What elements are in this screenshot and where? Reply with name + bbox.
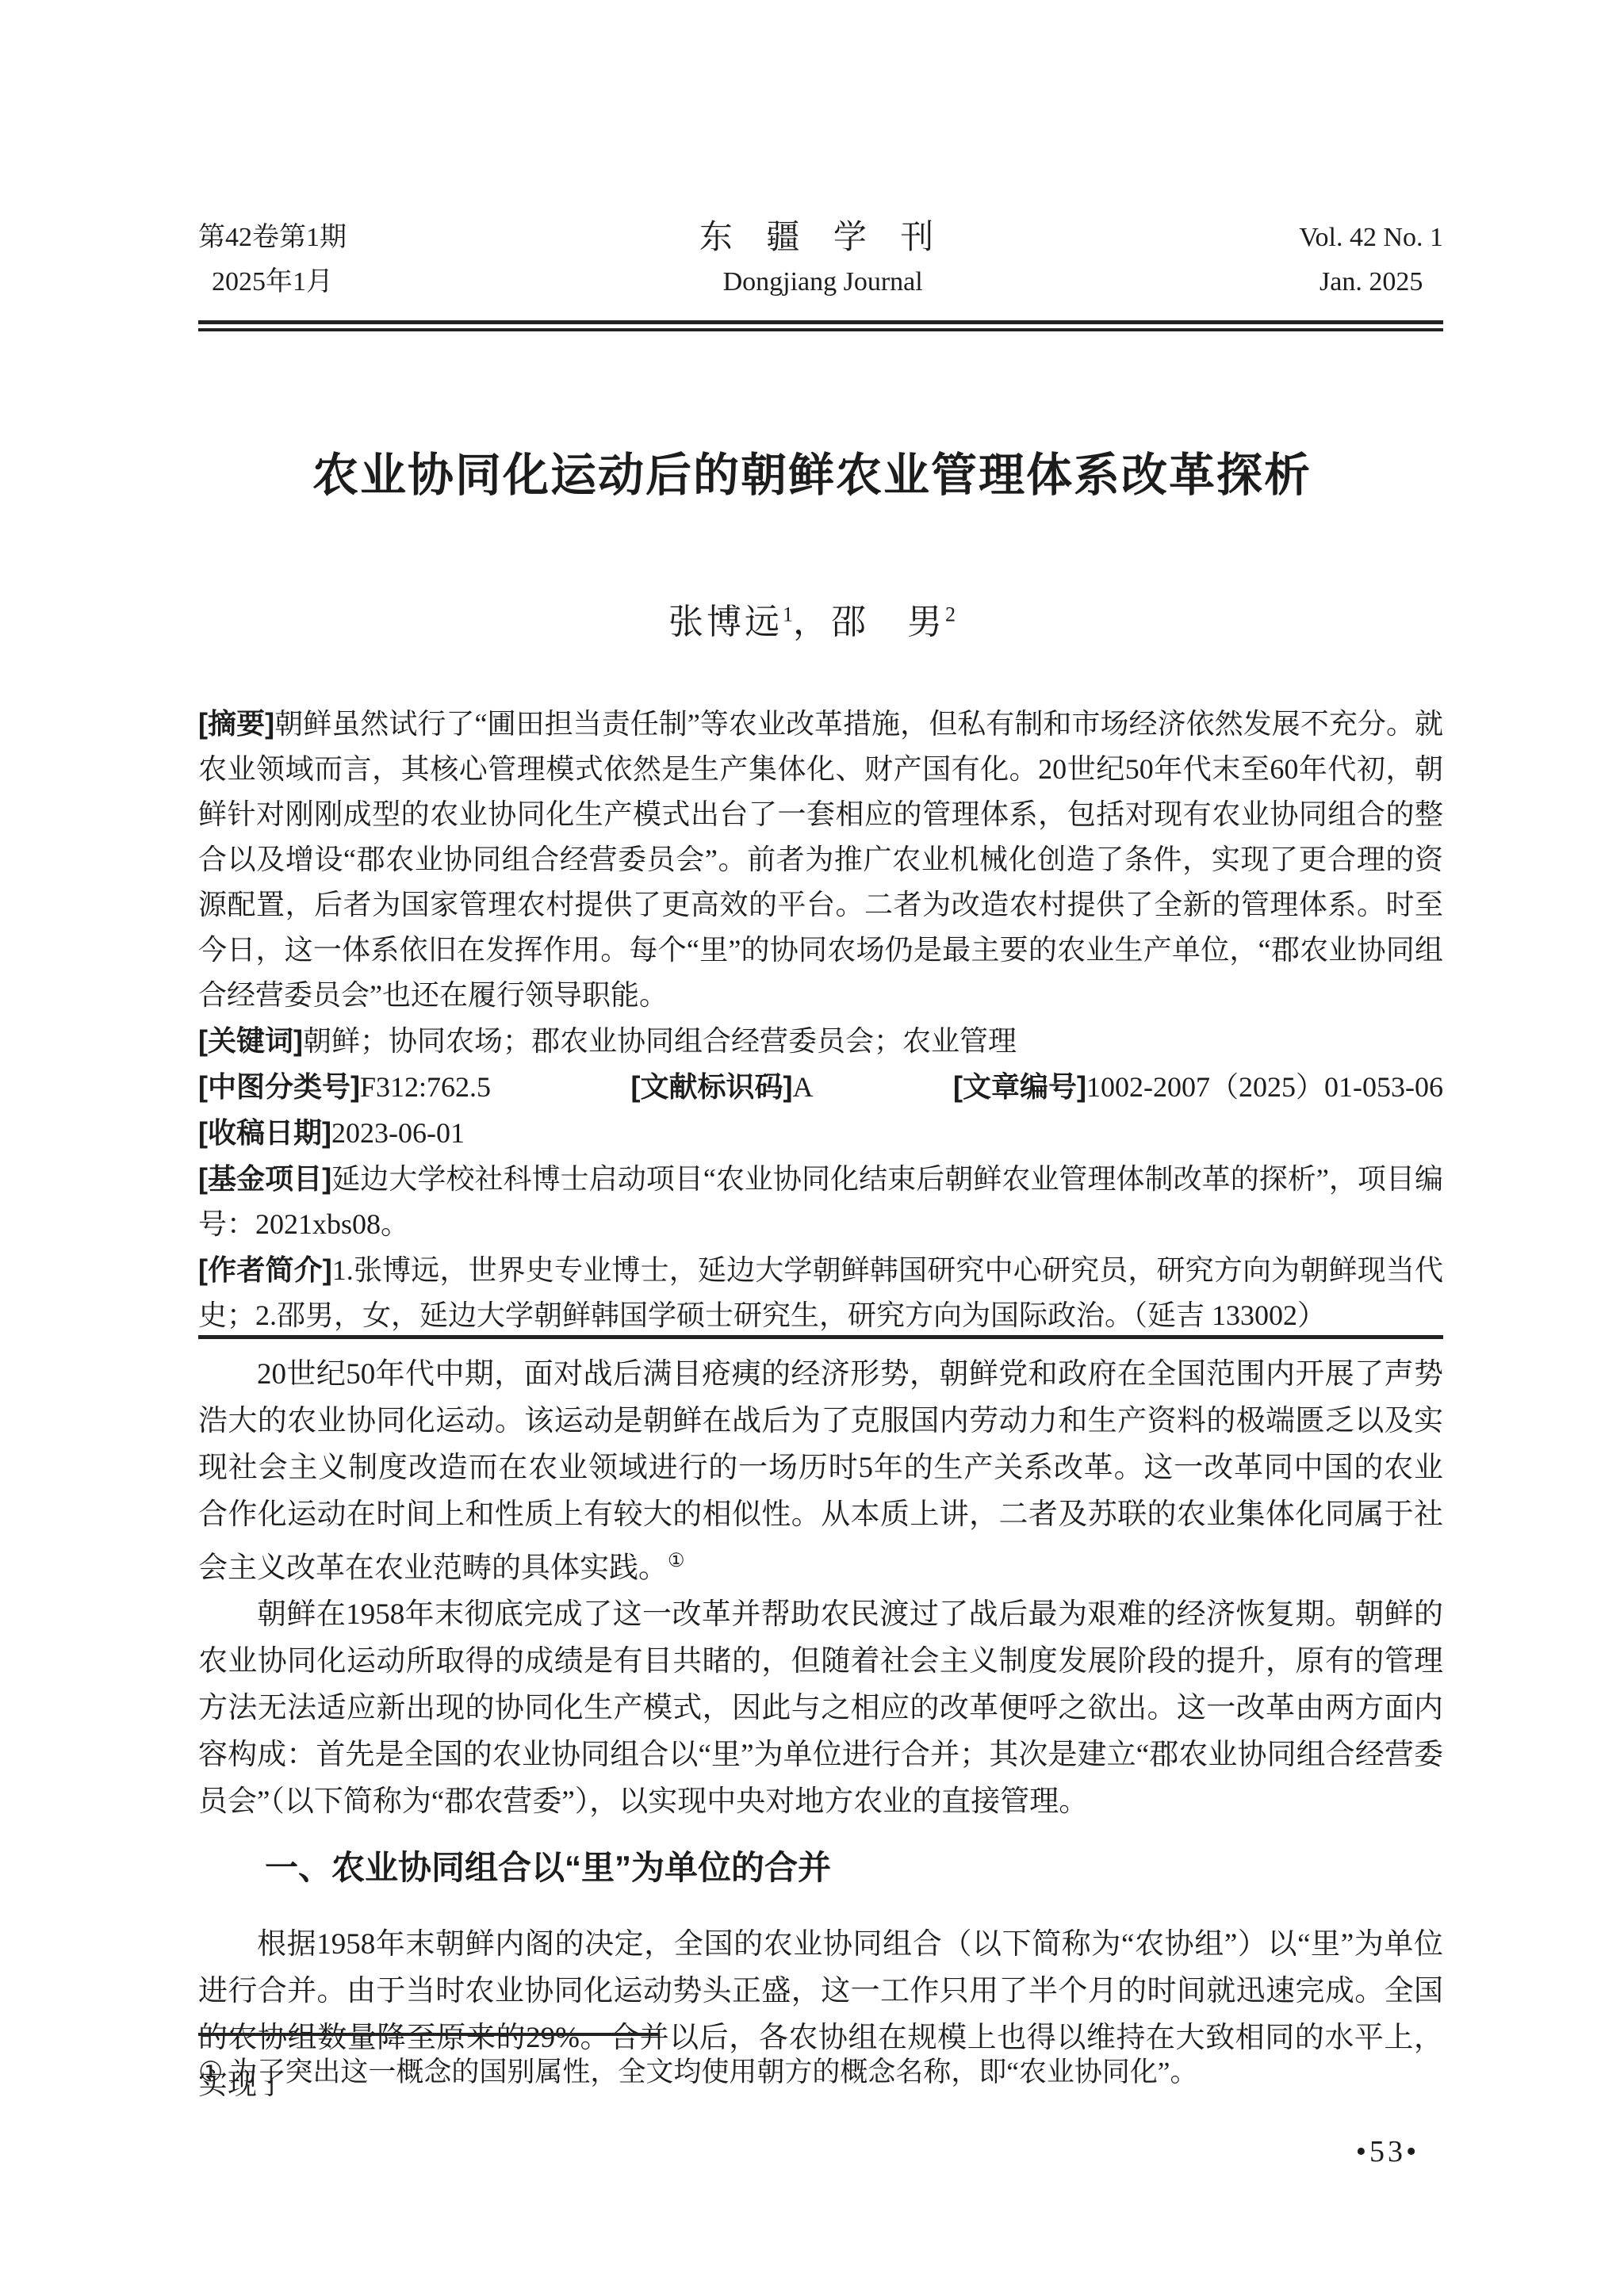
doc-code-block: [文献标识码]A <box>631 1064 814 1110</box>
received-date-block: [收稿日期]2023-06-01 <box>198 1110 1443 1156</box>
header-volume-issue: 第42卷第1期 2025年1月 <box>198 216 347 304</box>
author-2-name: 邵 男 <box>831 603 945 641</box>
clc-value: F312:762.5 <box>360 1071 491 1103</box>
article-body: 20世纪50年代中期，面对战后满目疮痍的经济形势，朝鲜党和政府在全国范围内开展了… <box>198 1351 1443 2108</box>
body-paragraph-2: 朝鲜在1958年末彻底完成了这一改革并帮助农民渡过了战后最为艰难的经济恢复期。朝… <box>198 1591 1443 1825</box>
article-title: 农业协同化运动后的朝鲜农业管理体系改革探析 <box>0 438 1624 504</box>
doc-code-value: A <box>793 1071 814 1103</box>
received-date-value: 2023-06-01 <box>331 1117 465 1149</box>
journal-name: 东 疆 学 刊 Dongjiang Journal <box>699 216 947 304</box>
classification-row: [中图分类号]F312:762.5 [文献标识码]A [文章编号]1002-20… <box>198 1064 1443 1110</box>
journal-page: 第42卷第1期 2025年1月 东 疆 学 刊 Dongjiang Journa… <box>0 0 1624 2296</box>
keywords-text: 朝鲜；协同农场；郡农业协同组合经营委员会；农业管理 <box>303 1025 1017 1057</box>
author-2-affiliation-mark: 2 <box>945 603 956 626</box>
fund-text: 延边大学校社科博士启动项目“农业协同化结束后朝鲜农业管理体制改革的探析”，项目编… <box>198 1163 1443 1240</box>
abstract-block: [摘要]朝鲜虽然试行了“圃田担当责任制”等农业改革措施，但私有制和市场经济依然发… <box>198 701 1443 1018</box>
footnote-reference-mark: ① <box>668 1551 685 1571</box>
issue-date-cn: 2025年1月 <box>198 260 347 304</box>
footnote-separator-rule <box>198 2033 658 2036</box>
issue-date-en: Jan. 2025 <box>1299 260 1443 304</box>
article-id-label: [文章编号] <box>953 1070 1086 1103</box>
clc-label: [中图分类号] <box>198 1070 360 1103</box>
article-id-value: 1002-2007（2025）01-053-06 <box>1086 1071 1443 1103</box>
author-bio-block: [作者简介]1.张博远，世界史专业博士，延边大学朝鲜韩国研究中心研究员，研究方向… <box>198 1247 1443 1338</box>
header-double-rule <box>198 320 1443 331</box>
clc-block: [中图分类号]F312:762.5 <box>198 1064 491 1110</box>
body-paragraph-1: 20世纪50年代中期，面对战后满目疮痍的经济形势，朝鲜党和政府在全国范围内开展了… <box>198 1351 1443 1591</box>
fund-label: [基金项目] <box>198 1162 331 1195</box>
author-bio-text: 1.张博远，世界史专业博士，延边大学朝鲜韩国研究中心研究员，研究方向为朝鲜现当代… <box>198 1254 1443 1331</box>
journal-name-en: Dongjiang Journal <box>699 260 947 304</box>
article-authors: 张博远1，邵 男2 <box>0 593 1624 644</box>
volume-issue-en-text: Vol. 42 No. 1 <box>1299 216 1443 260</box>
article-id-block: [文章编号]1002-2007（2025）01-053-06 <box>953 1064 1443 1110</box>
footnote: ①为了突出这一概念的国别属性，全文均使用朝方的概念名称，即“农业协同化”。 <box>198 2052 1443 2093</box>
body-paragraph-1-text: 20世纪50年代中期，面对战后满目疮痍的经济形势，朝鲜党和政府在全国范围内开展了… <box>198 1358 1443 1584</box>
footnote-text: 为了突出这一概念的国别属性，全文均使用朝方的概念名称，即“农业协同化”。 <box>229 2057 1197 2087</box>
front-matter: [摘要]朝鲜虽然试行了“圃田担当责任制”等农业改革措施，但私有制和市场经济依然发… <box>198 701 1443 1338</box>
journal-header: 第42卷第1期 2025年1月 东 疆 学 刊 Dongjiang Journa… <box>198 216 1443 304</box>
author-bio-label: [作者简介] <box>198 1253 332 1286</box>
header-volume-issue-en: Vol. 42 No. 1 Jan. 2025 <box>1299 216 1443 304</box>
doc-code-label: [文献标识码] <box>631 1070 793 1103</box>
received-date-label: [收稿日期] <box>198 1116 331 1149</box>
keywords-label: [关键词] <box>198 1024 303 1057</box>
keywords-block: [关键词]朝鲜；协同农场；郡农业协同组合经营委员会；农业管理 <box>198 1018 1443 1064</box>
section-1-heading: 一、农业协同组合以“里”为单位的合并 <box>198 1844 1443 1891</box>
volume-issue-text: 第42卷第1期 <box>198 216 347 260</box>
abstract-label: [摘要] <box>198 707 274 740</box>
footnote-mark: ① <box>198 2057 223 2087</box>
author-1-affiliation-mark: 1 <box>783 603 793 626</box>
front-matter-divider-rule <box>198 1335 1443 1339</box>
fund-block: [基金项目]延边大学校社科博士启动项目“农业协同化结束后朝鲜农业管理体制改革的探… <box>198 1156 1443 1247</box>
author-separator: ， <box>793 603 831 641</box>
abstract-text: 朝鲜虽然试行了“圃田担当责任制”等农业改革措施，但私有制和市场经济依然发展不充分… <box>198 708 1443 1011</box>
journal-name-cn: 东 疆 学 刊 <box>699 216 947 260</box>
author-1-name: 张博远 <box>668 603 783 641</box>
page-number: •53• <box>1308 2134 1467 2169</box>
